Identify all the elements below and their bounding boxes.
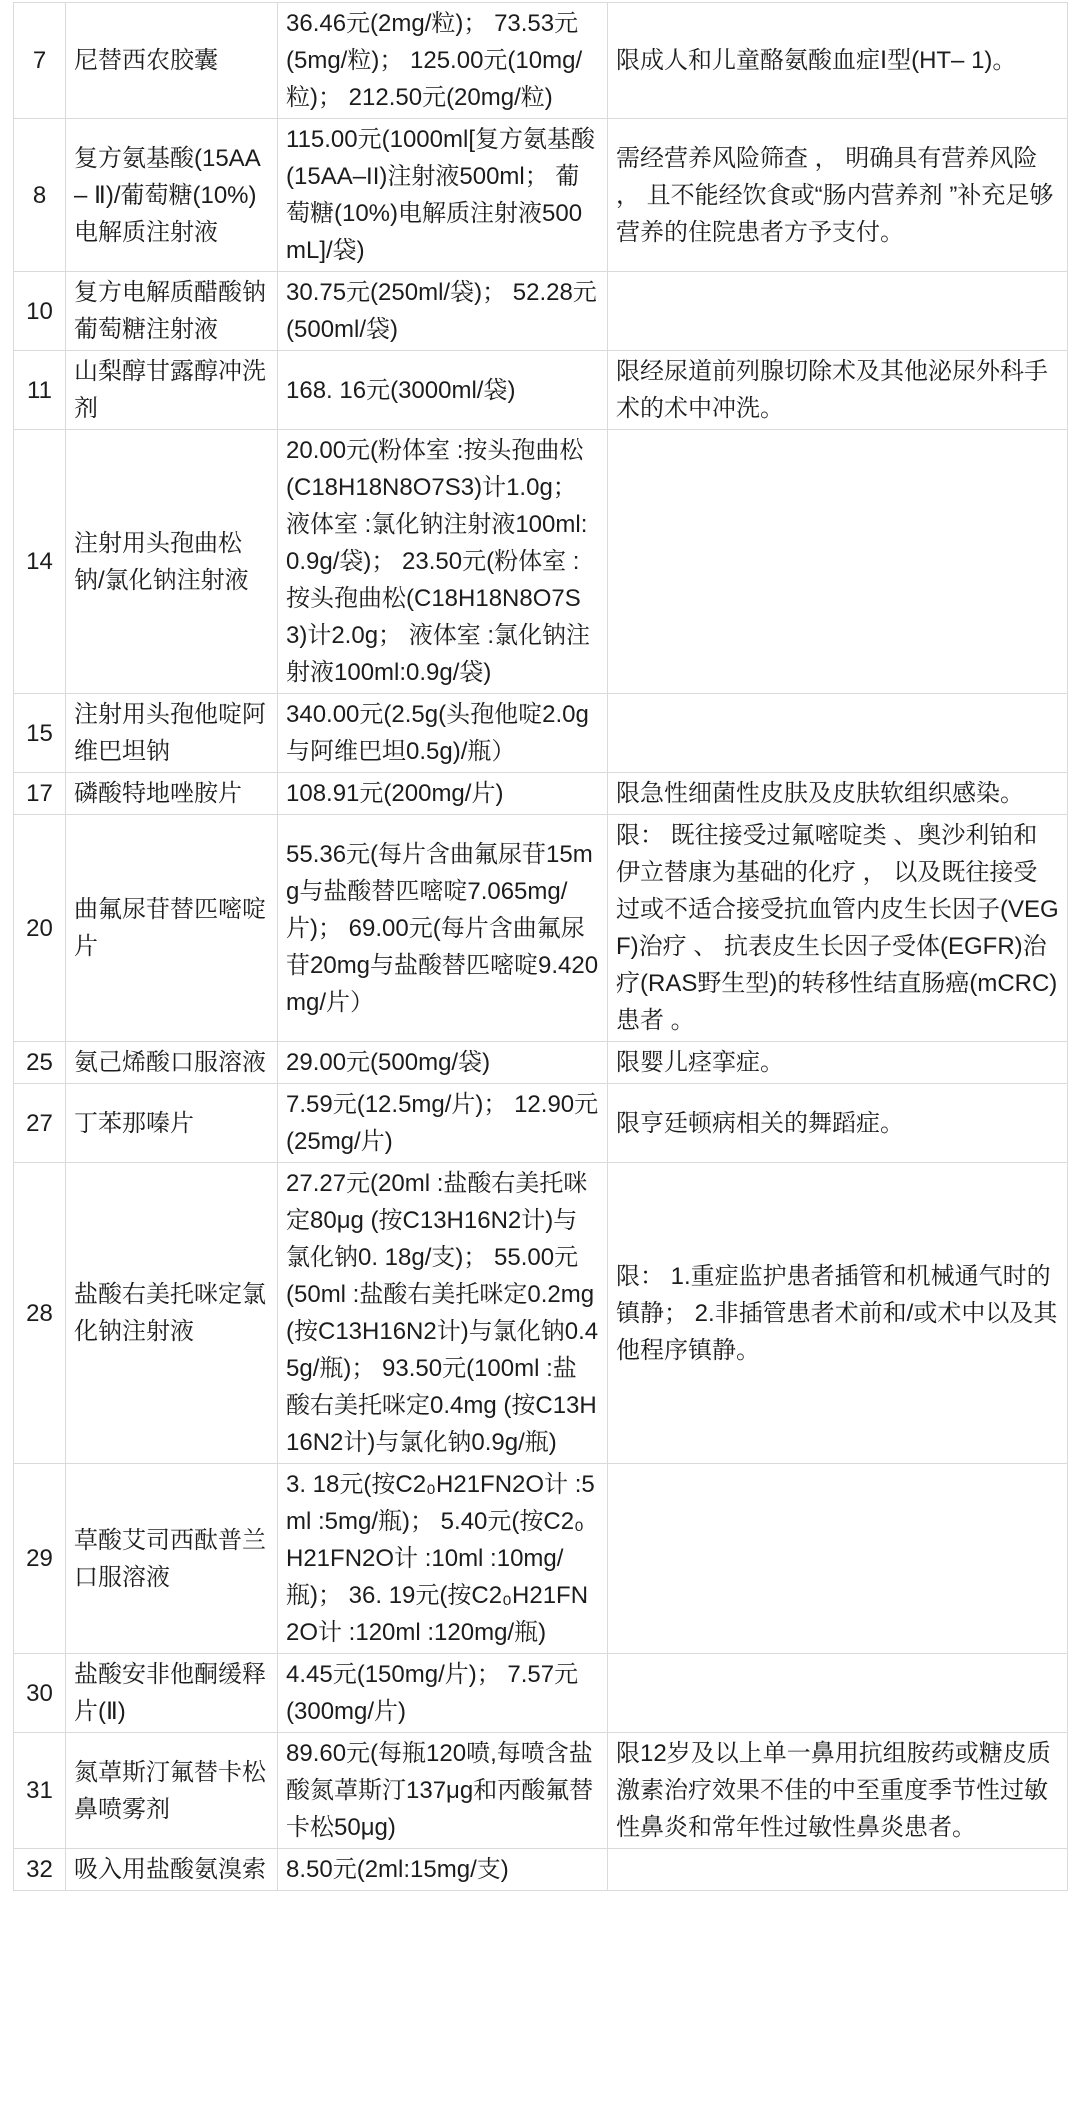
table-row: 8复方氨基酸(15AA– Ⅱ)/葡萄糖(10%)电解质注射液115.00元(10… — [14, 119, 1068, 272]
price-cell: 7.59元(12.5mg/片)； 12.90元(25mg/片) — [278, 1084, 608, 1163]
drug-name-cell: 复方电解质醋酸钠葡萄糖注射液 — [66, 272, 278, 351]
price-cell: 89.60元(每瓶120喷,每喷含盐酸氮䓬斯汀137μg和丙酸氟替卡松50μg) — [278, 1733, 608, 1849]
table-row: 28盐酸右美托咪定氯化钠注射液27.27元(20ml :盐酸右美托咪定80μg … — [14, 1163, 1068, 1464]
restriction-cell — [608, 1654, 1068, 1733]
price-cell: 55.36元(每片含曲氟尿苷15mg与盐酸替匹嘧啶7.065mg/片)； 69.… — [278, 815, 608, 1042]
drug-name-cell: 注射用头孢他啶阿维巴坦钠 — [66, 694, 278, 773]
restriction-cell: 需经营养风险筛查 ， 明确具有营养风险 ， 且不能经饮食或“肠内营养剂 ”补充足… — [608, 119, 1068, 272]
restriction-cell: 限经尿道前列腺切除术及其他泌尿外科手术的术中冲洗。 — [608, 351, 1068, 430]
price-cell: 4.45元(150mg/片)； 7.57元(300mg/片) — [278, 1654, 608, 1733]
row-number-cell: 11 — [14, 351, 66, 430]
row-number-cell: 27 — [14, 1084, 66, 1163]
restriction-cell: 限婴儿痉挛症。 — [608, 1042, 1068, 1084]
price-cell: 168. 16元(3000ml/袋) — [278, 351, 608, 430]
price-cell: 340.00元(2.5g(头孢他啶2.0g与阿维巴坦0.5g)/瓶） — [278, 694, 608, 773]
restriction-cell — [608, 1849, 1068, 1891]
table-row: 31氮䓬斯汀氟替卡松鼻喷雾剂89.60元(每瓶120喷,每喷含盐酸氮䓬斯汀137… — [14, 1733, 1068, 1849]
price-cell: 36.46元(2mg/粒)； 73.53元(5mg/粒)； 125.00元(10… — [278, 3, 608, 119]
restriction-cell: 限亨廷顿病相关的舞蹈症。 — [608, 1084, 1068, 1163]
row-number-cell: 17 — [14, 773, 66, 815]
table-row: 25氨己烯酸口服溶液29.00元(500mg/袋)限婴儿痉挛症。 — [14, 1042, 1068, 1084]
drug-name-cell: 山梨醇甘露醇冲洗剂 — [66, 351, 278, 430]
restriction-cell: 限急性细菌性皮肤及皮肤软组织感染。 — [608, 773, 1068, 815]
table-row: 27丁苯那嗪片7.59元(12.5mg/片)； 12.90元(25mg/片)限亨… — [14, 1084, 1068, 1163]
restriction-cell — [608, 694, 1068, 773]
drug-price-table-page: 7尼替西农胶囊36.46元(2mg/粒)； 73.53元(5mg/粒)； 125… — [0, 0, 1080, 1891]
table-row: 14注射用头孢曲松钠/氯化钠注射液20.00元(粉体室 :按头孢曲松(C18H1… — [14, 430, 1068, 694]
restriction-cell: 限成人和儿童酪氨酸血症Ⅰ型(HT– 1)。 — [608, 3, 1068, 119]
table-row: 20曲氟尿苷替匹嘧啶片55.36元(每片含曲氟尿苷15mg与盐酸替匹嘧啶7.06… — [14, 815, 1068, 1042]
drug-name-cell: 吸入用盐酸氨溴索 — [66, 1849, 278, 1891]
drug-name-cell: 注射用头孢曲松钠/氯化钠注射液 — [66, 430, 278, 694]
row-number-cell: 10 — [14, 272, 66, 351]
price-cell: 20.00元(粉体室 :按头孢曲松(C18H18N8O7S3)计1.0g； 液体… — [278, 430, 608, 694]
price-cell: 29.00元(500mg/袋) — [278, 1042, 608, 1084]
table-row: 29草酸艾司西酞普兰口服溶液3. 18元(按C2₀H21FN2O计 :5ml :… — [14, 1464, 1068, 1654]
drug-name-cell: 盐酸右美托咪定氯化钠注射液 — [66, 1163, 278, 1464]
restriction-cell: 限： 既往接受过氟嘧啶类 、奥沙利铂和伊立替康为基础的化疗 ， 以及既往接受过或… — [608, 815, 1068, 1042]
price-cell: 108.91元(200mg/片) — [278, 773, 608, 815]
drug-name-cell: 氨己烯酸口服溶液 — [66, 1042, 278, 1084]
price-cell: 3. 18元(按C2₀H21FN2O计 :5ml :5mg/瓶)； 5.40元(… — [278, 1464, 608, 1654]
drug-name-cell: 复方氨基酸(15AA– Ⅱ)/葡萄糖(10%)电解质注射液 — [66, 119, 278, 272]
table-row: 10复方电解质醋酸钠葡萄糖注射液30.75元(250ml/袋)； 52.28元(… — [14, 272, 1068, 351]
row-number-cell: 15 — [14, 694, 66, 773]
drug-table-body: 7尼替西农胶囊36.46元(2mg/粒)； 73.53元(5mg/粒)； 125… — [14, 3, 1068, 1891]
row-number-cell: 29 — [14, 1464, 66, 1654]
row-number-cell: 31 — [14, 1733, 66, 1849]
drug-name-cell: 草酸艾司西酞普兰口服溶液 — [66, 1464, 278, 1654]
price-cell: 115.00元(1000ml[复方氨基酸(15AA–II)注射液500ml； 葡… — [278, 119, 608, 272]
table-row: 7尼替西农胶囊36.46元(2mg/粒)； 73.53元(5mg/粒)； 125… — [14, 3, 1068, 119]
drug-name-cell: 尼替西农胶囊 — [66, 3, 278, 119]
table-row: 11山梨醇甘露醇冲洗剂168. 16元(3000ml/袋)限经尿道前列腺切除术及… — [14, 351, 1068, 430]
drug-price-table: 7尼替西农胶囊36.46元(2mg/粒)； 73.53元(5mg/粒)； 125… — [13, 2, 1068, 1891]
drug-name-cell: 盐酸安非他酮缓释片(Ⅱ) — [66, 1654, 278, 1733]
row-number-cell: 14 — [14, 430, 66, 694]
restriction-cell — [608, 272, 1068, 351]
row-number-cell: 28 — [14, 1163, 66, 1464]
row-number-cell: 7 — [14, 3, 66, 119]
table-row: 30盐酸安非他酮缓释片(Ⅱ)4.45元(150mg/片)； 7.57元(300m… — [14, 1654, 1068, 1733]
drug-name-cell: 曲氟尿苷替匹嘧啶片 — [66, 815, 278, 1042]
restriction-cell — [608, 430, 1068, 694]
row-number-cell: 20 — [14, 815, 66, 1042]
price-cell: 8.50元(2ml:15mg/支) — [278, 1849, 608, 1891]
drug-name-cell: 丁苯那嗪片 — [66, 1084, 278, 1163]
drug-name-cell: 氮䓬斯汀氟替卡松鼻喷雾剂 — [66, 1733, 278, 1849]
table-row: 17磷酸特地唑胺片108.91元(200mg/片)限急性细菌性皮肤及皮肤软组织感… — [14, 773, 1068, 815]
drug-name-cell: 磷酸特地唑胺片 — [66, 773, 278, 815]
table-row: 15注射用头孢他啶阿维巴坦钠340.00元(2.5g(头孢他啶2.0g与阿维巴坦… — [14, 694, 1068, 773]
row-number-cell: 32 — [14, 1849, 66, 1891]
row-number-cell: 25 — [14, 1042, 66, 1084]
restriction-cell: 限： 1.重症监护患者插管和机械通气时的镇静； 2.非插管患者术前和/或术中以及… — [608, 1163, 1068, 1464]
price-cell: 27.27元(20ml :盐酸右美托咪定80μg (按C13H16N2计)与氯化… — [278, 1163, 608, 1464]
restriction-cell: 限12岁及以上单一鼻用抗组胺药或糖皮质激素治疗效果不佳的中至重度季节性过敏性鼻炎… — [608, 1733, 1068, 1849]
table-row: 32吸入用盐酸氨溴索8.50元(2ml:15mg/支) — [14, 1849, 1068, 1891]
restriction-cell — [608, 1464, 1068, 1654]
price-cell: 30.75元(250ml/袋)； 52.28元(500ml/袋) — [278, 272, 608, 351]
row-number-cell: 30 — [14, 1654, 66, 1733]
row-number-cell: 8 — [14, 119, 66, 272]
